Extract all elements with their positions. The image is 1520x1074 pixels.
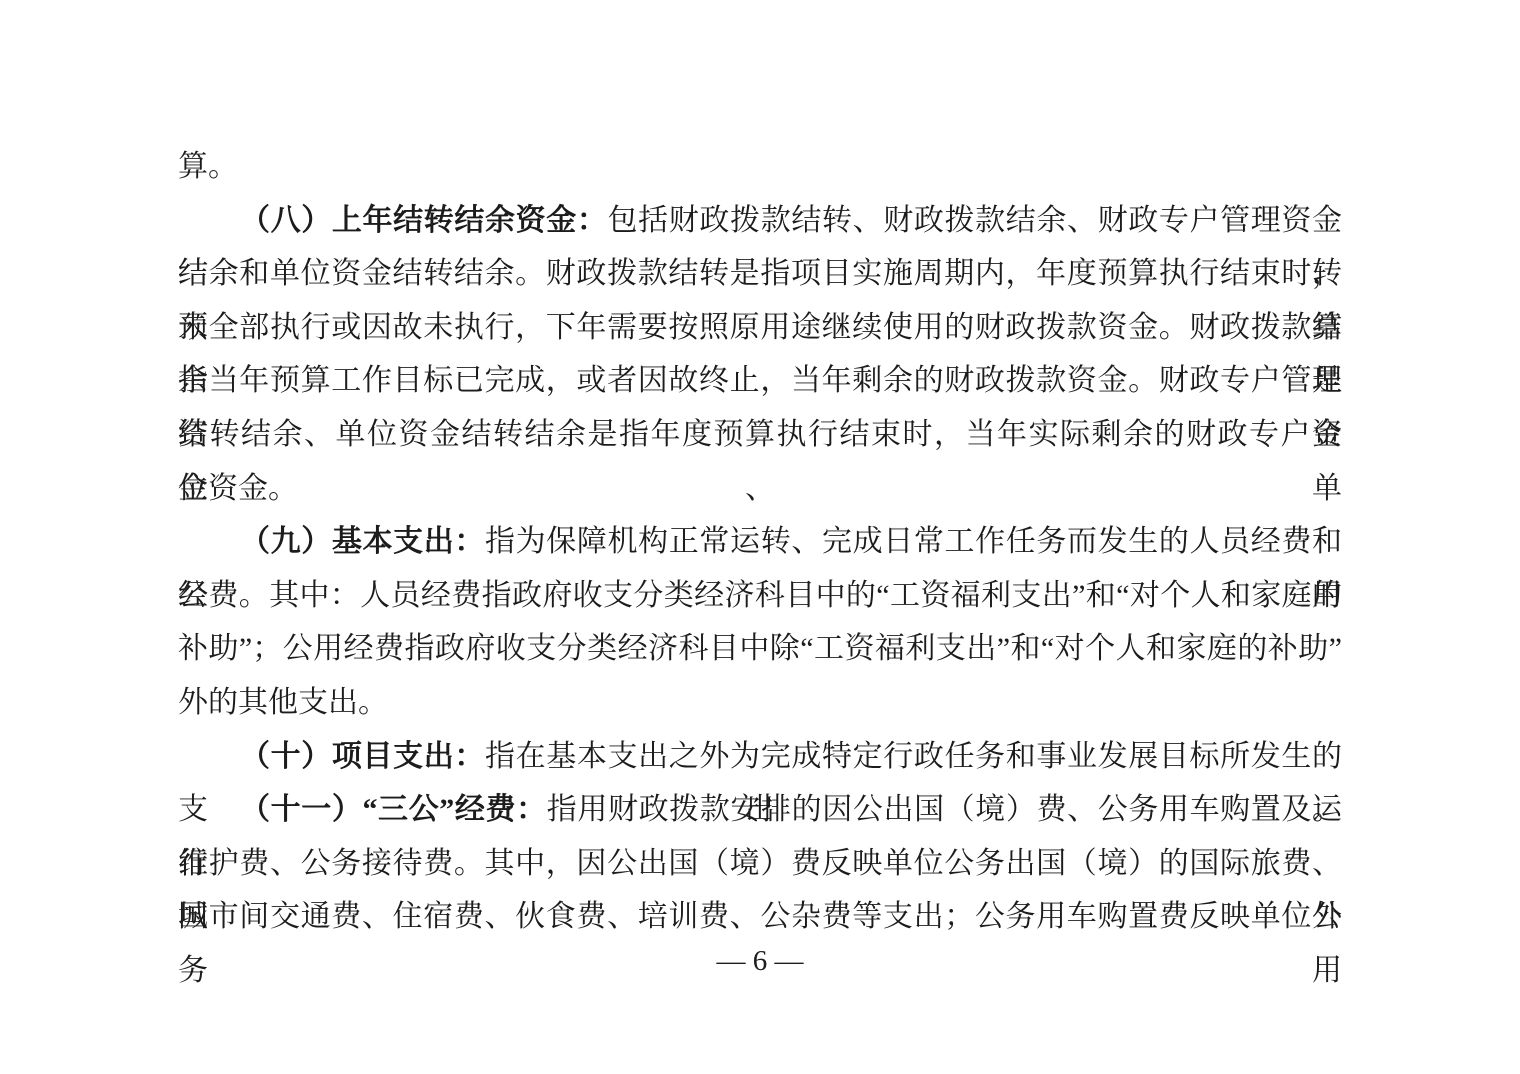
document-line: 算。: [178, 140, 1342, 194]
text-segment: 结转结余、单位资金结转结余是指年度预算执行结束时，当年实际剩余的财政专户资金、单: [178, 418, 1342, 505]
document-line: （十一）“三公”经费：指用财政拨款安排的因公出国（境）费、公务用车购置及运行: [178, 783, 1342, 837]
term-heading: （八）上年结转结余资金：: [240, 204, 608, 237]
text-segment: 经费。其中：人员经费指政府收支分类经济科目中的“工资福利支出”和“对个人和家庭的: [178, 579, 1342, 612]
term-heading: （十一）“三公”经费：: [240, 793, 547, 826]
document-line: 补助”；公用经费指政府收支分类经济科目中除“工资福利支出”和“对个人和家庭的补助…: [178, 622, 1342, 676]
document-line: 维护费、公务接待费。其中，因公出国（境）费反映单位公务出国（境）的国际旅费、国外: [178, 837, 1342, 891]
document-line: （十）项目支出：指在基本支出之外为完成特定行政任务和事业发展目标所发生的支出。: [178, 730, 1342, 784]
text-segment: 算。: [178, 150, 238, 183]
document-line: 指当年预算工作目标已完成，或者因故终止，当年剩余的财政拨款资金。财政专户管理资金: [178, 354, 1342, 408]
text-segment: 补助”；公用经费指政府收支分类经济科目中除“工资福利支出”和“对个人和家庭的补助…: [178, 632, 1342, 665]
term-heading: （十）项目支出：: [240, 740, 485, 773]
document-line: 城市间交通费、住宿费、伙食费、培训费、公杂费等支出；公务用车购置费反映单位公务用: [178, 890, 1342, 944]
text-segment: 位资金。: [178, 472, 298, 505]
text-segment: 外的其他支出。: [178, 686, 388, 719]
document-line: 外的其他支出。: [178, 676, 1342, 730]
page-number: — 6 —: [717, 945, 804, 977]
document-line: （九）基本支出：指为保障机构正常运转、完成日常工作任务而发生的人员经费和公用: [178, 515, 1342, 569]
document-line: 未全部执行或因故未执行，下年需要按照原用途继续使用的财政拨款资金。财政拨款结余是: [178, 301, 1342, 355]
term-heading: （九）基本支出：: [240, 525, 485, 558]
document-page: 算。（八）上年结转结余资金：包括财政拨款结转、财政拨款结余、财政专户管理资金结转…: [0, 0, 1520, 1074]
document-line: 经费。其中：人员经费指政府收支分类经济科目中的“工资福利支出”和“对个人和家庭的: [178, 569, 1342, 623]
document-line: 结转结余、单位资金结转结余是指年度预算执行结束时，当年实际剩余的财政专户资金、单: [178, 408, 1342, 462]
document-line: （八）上年结转结余资金：包括财政拨款结转、财政拨款结余、财政专户管理资金结转: [178, 194, 1342, 248]
document-line: 结余和单位资金结转结余。财政拨款结转是指项目实施周期内，年度预算执行结束时，预算: [178, 247, 1342, 301]
page-footer: — 6 —: [178, 938, 1342, 984]
document-body: 算。（八）上年结转结余资金：包括财政拨款结转、财政拨款结余、财政专户管理资金结转…: [178, 140, 1342, 944]
